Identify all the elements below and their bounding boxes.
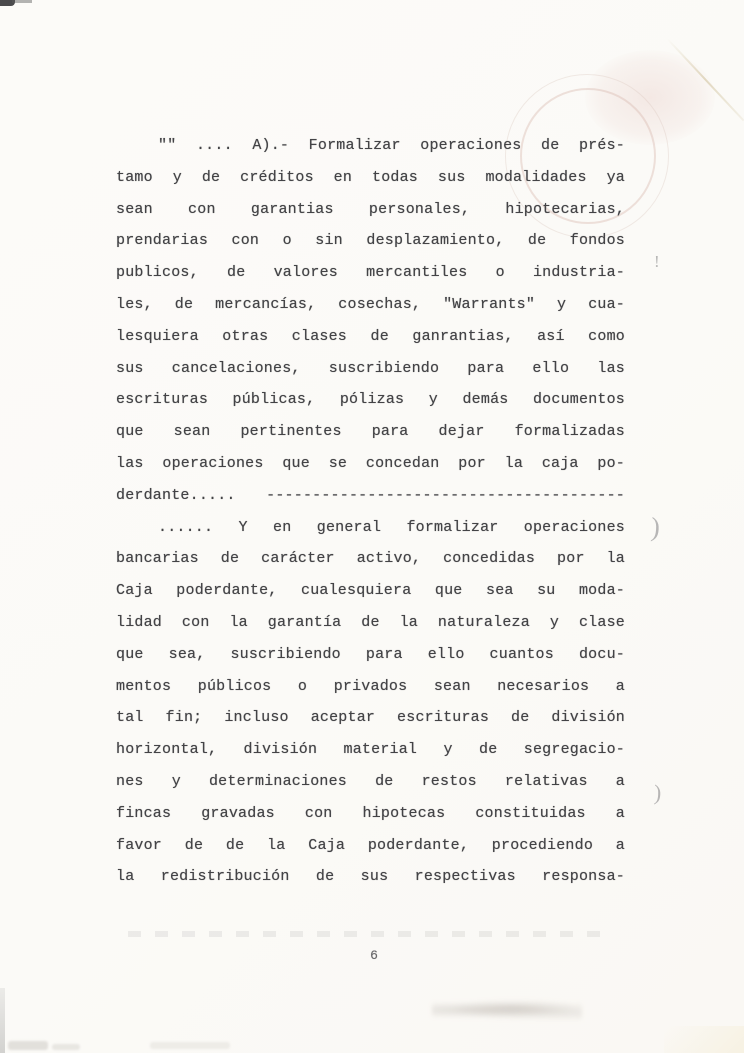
- text-line: lidad con la garantía de la naturaleza y…: [116, 607, 625, 639]
- text-line: "" .... A).- Formalizar operaciones de p…: [116, 130, 625, 162]
- page-number: 6: [364, 948, 384, 963]
- text-line: mentos públicos o privados sean necesari…: [116, 671, 625, 703]
- margin-mark: ): [653, 780, 662, 806]
- margin-mark: !: [654, 252, 660, 272]
- show-through-ghost-line: [128, 931, 614, 937]
- text-line: favor de de la Caja poderdante, procedie…: [116, 830, 625, 862]
- text-line: que sea, suscribiendo para ello cuantos …: [116, 639, 625, 671]
- text-line: les, de mercancías, cosechas, "Warrants"…: [116, 289, 625, 321]
- show-through-smudge: [432, 1000, 582, 1020]
- text-line: tal fin; incluso aceptar escrituras de d…: [116, 702, 625, 734]
- text-line: la redistribución de sus respectivas res…: [116, 861, 625, 893]
- text-line-dashed-rule: derdante..... --------------------------…: [116, 480, 625, 512]
- text-line: prendarias con o sin desplazamiento, de …: [116, 225, 625, 257]
- scan-smudge: [150, 1042, 230, 1049]
- text-line: las operaciones que se concedan por la c…: [116, 448, 625, 480]
- text-line: lesquiera otras clases de ganrantias, as…: [116, 321, 625, 353]
- text-line: publicos, de valores mercantiles o indus…: [116, 257, 625, 289]
- text-line: nes y determinaciones de restos relativa…: [116, 766, 625, 798]
- text-line: que sean pertinentes para dejar formaliz…: [116, 416, 625, 448]
- text-line: sean con garantias personales, hipotecar…: [116, 194, 625, 226]
- scanned-document-page: "" .... A).- Formalizar operaciones de p…: [0, 0, 744, 1053]
- text-line: fincas gravadas con hipotecas constituid…: [116, 798, 625, 830]
- margin-mark: ): [650, 512, 661, 544]
- scan-corner-mark-tail: [12, 0, 32, 3]
- text-line: bancarias de carácter activo, concedidas…: [116, 543, 625, 575]
- text-line: horizontal, división material y de segre…: [116, 734, 625, 766]
- text-line: tamo y de créditos en todas sus modalida…: [116, 162, 625, 194]
- scan-smudge: [8, 1041, 48, 1050]
- scan-corner-discoloration: [664, 1026, 744, 1053]
- text-line: ...... Y en general formalizar operacion…: [116, 512, 625, 544]
- text-line: escrituras públicas, pólizas y demás doc…: [116, 384, 625, 416]
- scan-smudge: [52, 1044, 80, 1050]
- document-text-block: "" .... A).- Formalizar operaciones de p…: [116, 130, 625, 893]
- text-line: sus cancelaciones, suscribiendo para ell…: [116, 353, 625, 385]
- text-line: Caja poderdante, cualesquiera que sea su…: [116, 575, 625, 607]
- scan-edge-shadow: [0, 988, 5, 1053]
